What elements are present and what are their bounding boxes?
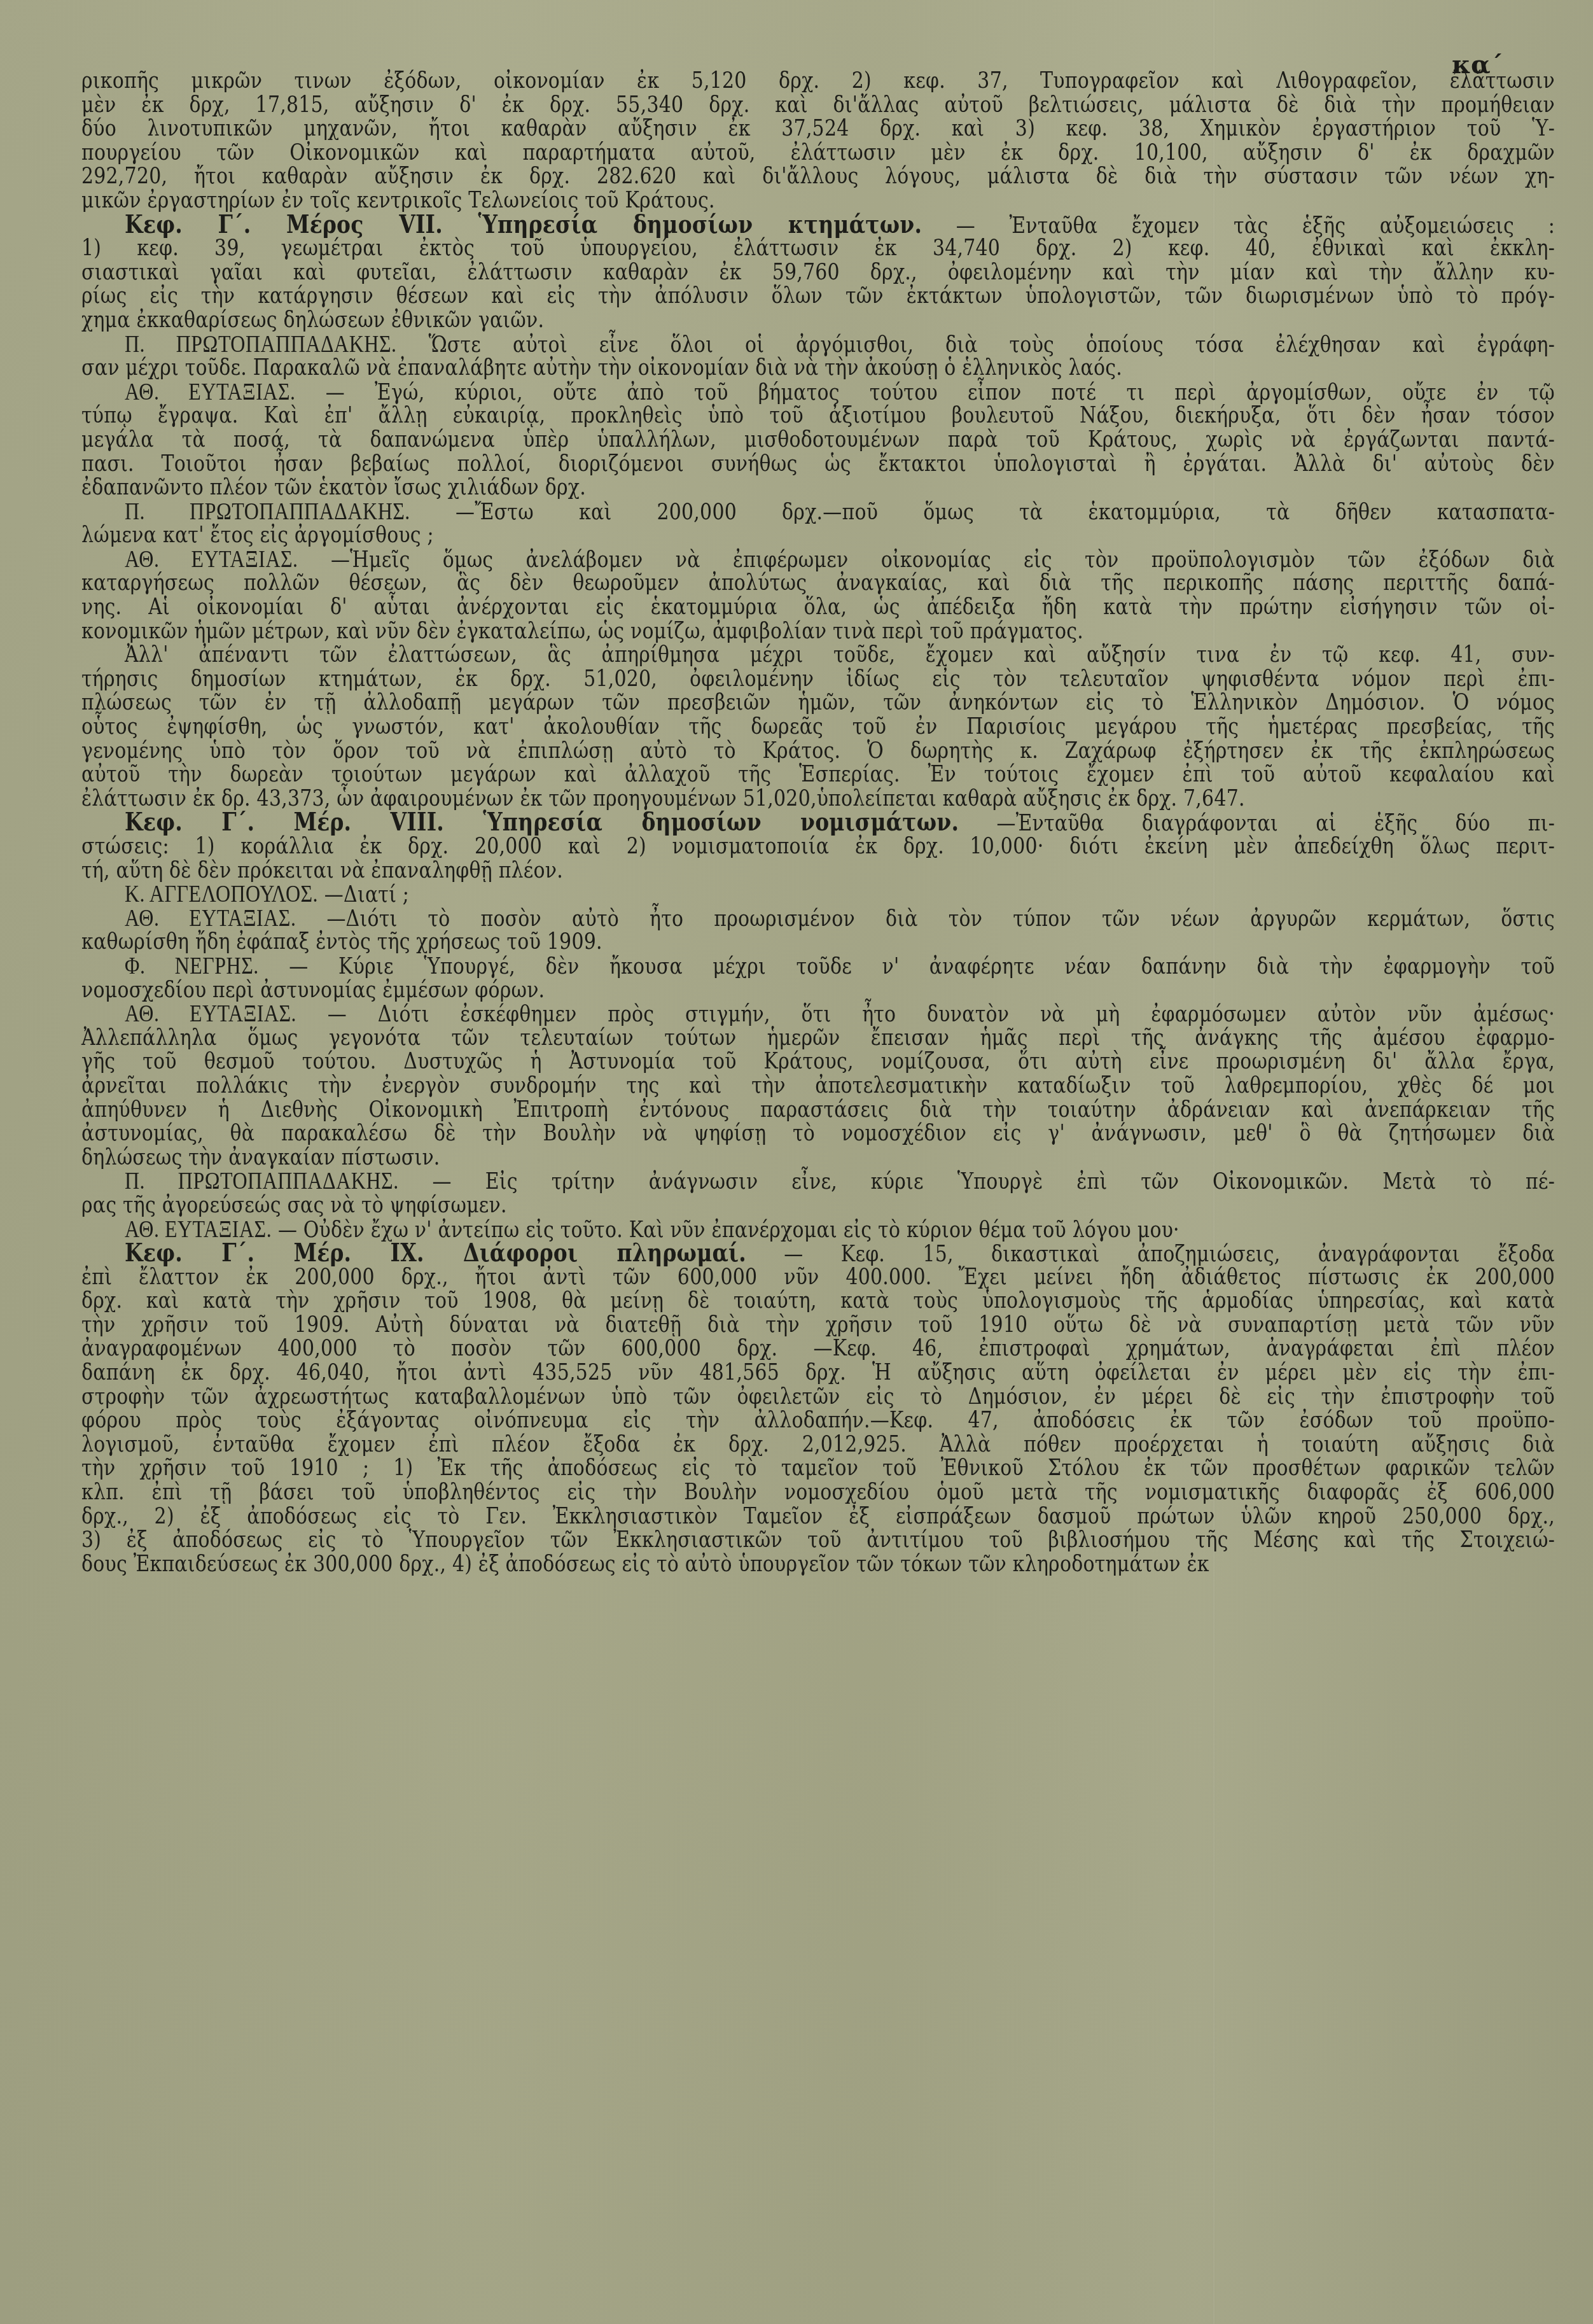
- line-text: πλώσεως τῶν ἐν τῇ ἀλλοδαπῇ μεγάρων τῶν π…: [81, 689, 1555, 715]
- speaker-paragraph: Π. ΠΡΩΤΟΠΑΠΠΑΔΑΚΗΣ. — Εἰς τρίτην ἀνάγνωσ…: [81, 1169, 1555, 1217]
- line-text: κλπ. ἐπὶ τῇ βάσει τοῦ ὑποβληθέντος εἰς τ…: [81, 1479, 1555, 1505]
- line-text: ρικοπῆς μικρῶν τινων ἐξόδων, οἰκονομίαν …: [81, 67, 1555, 94]
- speaker-name: Π. ΠΡΩΤΟΠΑΠΠΑΔΑΚΗΣ.: [125, 497, 410, 524]
- document-body: ρικοπῆς μικρῶν τινων ἐξόδων, οἰκονομίαν …: [81, 69, 1555, 1576]
- line-text: δύο λινοτυπικῶν μηχανῶν, ἤτοι καθαρὰν αὔ…: [81, 115, 1555, 141]
- line-text: ἐπὶ ἔλαττον ἐκ 200,000 δρχ., ἤτοι ἀντὶ τ…: [81, 1263, 1555, 1289]
- line-text: ἐδαπανῶντο πλέον τῶν ἑκατὸν ἴσως χιλιάδω…: [81, 474, 586, 500]
- line-text: Ἀλλ' ἀπέναντι τῶν ἐλαττώσεων, ἃς ἀπηρίθμ…: [125, 641, 1555, 668]
- line-text: αὐτοῦ τὴν δωρεὰν τοιούτων μεγάρων καὶ ἀλ…: [81, 761, 1555, 787]
- line-text: γῆς τοῦ θεσμοῦ τούτου. Δυστυχῶς ἡ Ἀστυνο…: [81, 1048, 1555, 1074]
- line-text: σαν μέχρι τοῦδε. Παρακαλῶ νὰ ἐπαναλάβητε…: [81, 354, 1122, 381]
- line-text: κονομικῶν ἡμῶν μέτρων, καὶ νῦν δὲν ἐγκατ…: [81, 617, 1083, 643]
- section-heading-paragraph: Κεφ. Γ΄. Μέρος VII. Ὑπηρεσία δημοσίων κτ…: [81, 213, 1555, 332]
- text-line: δους Ἐκπαιδεύσεως ἐκ 300,000 δρχ., 4) ἐξ…: [81, 1550, 1555, 1578]
- line-text: νης. Αἱ οἰκονομίαι δ' αὗται ἀνέρχονται ε…: [81, 594, 1555, 620]
- line-text: ρας τῆς ἀγορεύσεώς σας νὰ τὸ ψηφίσωμεν.: [81, 1192, 507, 1218]
- speaker-paragraph: ΑΘ. ΕΥΤΑΞΙΑΣ. —Διότι τὸ ποσὸν αὐτὸ ἦτο π…: [81, 906, 1555, 954]
- section-heading-paragraph: Κεφ. Γ΄. Μέρ. VIII. Ὑπηρεσία δημοσίων νο…: [81, 810, 1555, 882]
- line-text: δηλώσεως τὴν ἀναγκαίαν πίστωσιν.: [81, 1144, 440, 1170]
- line-text: καταργήσεως πολλῶν θέσεων, ἃς δὲν θεωροῦ…: [81, 570, 1555, 596]
- line-text: νομοσχεδίου περὶ ἀστυνομίας ἐμμέσων φόρω…: [81, 976, 545, 1002]
- line-text: στώσεις: 1) κοράλλια ἐκ δρχ. 20,000 καὶ …: [81, 833, 1555, 859]
- line-text: ἀρνεῖται πολλάκις τὴν ἐνεργὸν συνδρομήν …: [81, 1072, 1555, 1098]
- speaker-name: Π. ΠΡΩΤΟΠΑΠΠΑΔΑΚΗΣ.: [125, 1167, 399, 1194]
- line-text: 3) ἐξ ἀποδόσεως εἰς τὸ Ὑπουργεῖον τῶν Ἐκ…: [81, 1527, 1555, 1553]
- line-text: δους Ἐκπαιδεύσεως ἐκ 300,000 δρχ., 4) ἐξ…: [81, 1551, 1209, 1577]
- speaker-paragraph: ΑΘ. ΕΥΤΑΞΙΑΣ. —Ἡμεῖς ὅμως ἀνελάβομεν νὰ …: [81, 547, 1555, 643]
- text-paragraph: ρικοπῆς μικρῶν τινων ἐξόδων, οἰκονομίαν …: [81, 69, 1555, 213]
- speaker-name: ΑΘ. ΕΥΤΑΞΙΑΣ.: [125, 904, 296, 930]
- speaker-paragraph: ΑΘ. ΕΥΤΑΞΙΑΣ. — Διότι ἐσκέφθημεν πρὸς στ…: [81, 1002, 1555, 1169]
- line-text: στροφὴν τῶν ἀχρεωστήτως καταβαλλομένων ὑ…: [81, 1383, 1555, 1409]
- speaker-name: ΑΘ. ΕΥΤΑΞΙΑΣ.: [125, 1000, 296, 1026]
- line-text: φόρου πρὸς τοὺς ἐξάγοντας οἰνόπνευμα εἰς…: [81, 1407, 1555, 1433]
- line-text: πασι. Τοιοῦτοι ἦσαν βεβαίως πολλοί, διορ…: [81, 450, 1555, 476]
- speaker-name: Π. ΠΡΩΤΟΠΑΠΠΑΔΑΚΗΣ.: [125, 330, 397, 356]
- line-text: καθωρίσθη ἤδη ἐφάπαξ ἐντὸς τῆς χρήσεως τ…: [81, 928, 602, 955]
- speaker-name: ΑΘ. ΕΥΤΑΞΙΑΣ.: [125, 377, 296, 404]
- speaker-paragraph: Π. ΠΡΩΤΟΠΑΠΠΑΔΑΚΗΣ. —Ἔστω καὶ 200,000 δρ…: [81, 500, 1555, 547]
- text-paragraph: Ἀλλ' ἀπέναντι τῶν ἐλαττώσεων, ἃς ἀπηρίθμ…: [81, 643, 1555, 810]
- section-heading-paragraph: Κεφ. Γ΄. Μέρ. IX. Διάφοροι πληρωμαί. — Κ…: [81, 1241, 1555, 1576]
- speaker-paragraph: Φ. ΝΕΓΡΗΣ. — Κύριε Ὑπουργέ, δὲν ἤκουσα μ…: [81, 954, 1555, 1002]
- line-text: δρχ. καὶ κατὰ τὴν χρῆσιν τοῦ 1908, θὰ με…: [81, 1287, 1555, 1313]
- line-text: οὗτος ἐψηφίσθη, ὡς γνωστόν, κατ' ἀκολουθ…: [81, 713, 1555, 739]
- line-text: ἀναγραφομένων 400,000 τὸ ποσὸν τῶν 600,0…: [81, 1335, 1555, 1361]
- line-text: ἀστυνομίας, θὰ παρακαλέσω δὲ τὴν Βουλὴν …: [81, 1120, 1555, 1146]
- line-text: δαπάνη ἐκ δρχ. 46,040, ἤτοι ἀντὶ 435,525…: [81, 1359, 1555, 1385]
- line-text: δρχ., 2) ἐξ ἀποδόσεως εἰς τὸ Γεν. Ἐκκλησ…: [81, 1502, 1555, 1529]
- line-text: 292,720, ἤτοι καθαρὰν αὔξησιν ἐκ δρχ. 28…: [81, 163, 1555, 189]
- line-text: ρίως εἰς τὴν κατάργησιν θέσεων καὶ εἰς τ…: [81, 283, 1555, 309]
- speaker-paragraph: Κ. ΑΓΓΕΛΟΠΟΥΛΟΣ. —Διατί ;: [81, 882, 1555, 906]
- speaker-name: ΑΘ. ΕΥΤΑΞΙΑΣ.: [125, 545, 298, 571]
- line-text: τὴν χρῆσιν τοῦ 1910 ; 1) Ἐκ τῆς ἀποδόσεω…: [81, 1455, 1555, 1481]
- speaker-paragraph: ΑΘ. ΕΥΤΑΞΙΑΣ. — Ἐγώ, κύριοι, οὔτε ἀπὸ το…: [81, 380, 1555, 500]
- speaker-paragraph: Π. ΠΡΩΤΟΠΑΠΠΑΔΑΚΗΣ. Ὥστε αὐτοὶ εἶνε ὅλοι…: [81, 332, 1555, 380]
- line-text: τή, αὕτη δὲ δὲν πρόκειται νὰ ἐπαναληφθῇ …: [81, 857, 563, 883]
- line-text: χημα ἐκκαθαρίσεως δηλώσεων ἐθνικῶν γαιῶν…: [81, 307, 544, 333]
- line-text: μὲν ἐκ δρχ, 17,815, αὔξησιν δ' ἐκ δρχ. 5…: [81, 91, 1555, 117]
- line-text: μεγάλα τὰ ποσά, τὰ δαπανώμενα ὑπὲρ ὑπαλλ…: [81, 426, 1555, 452]
- line-text: λώμενα κατ' ἔτος εἰς ἀργομίσθους ;: [81, 522, 434, 548]
- line-text: ἀπηύθυνεν ἡ Διεθνὴς Οἰκονομικὴ Ἐπιτροπὴ …: [81, 1096, 1555, 1122]
- line-text: γενομένης ὑπὸ τὸν ὅρον τοῦ νὰ ἐπιπλώσῃ α…: [81, 737, 1555, 763]
- speaker-name: Κ. ΑΓΓΕΛΟΠΟΥΛΟΣ.: [125, 880, 318, 907]
- line-text: τύπῳ ἔγραψα. Καὶ ἐπ' ἄλλῃ εὐκαιρίᾳ, προκ…: [81, 402, 1555, 428]
- line-text: 1) κεφ. 39, γεωμέτραι ἐκτὸς τοῦ ὑπουργεί…: [81, 235, 1555, 261]
- speaker-name: Φ. ΝΕΓΡΗΣ.: [125, 952, 259, 979]
